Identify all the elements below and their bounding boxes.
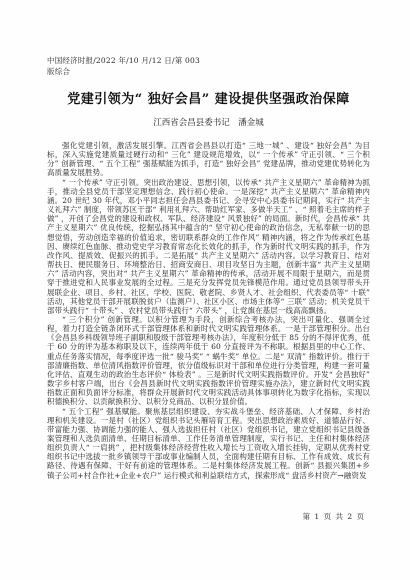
article-paragraph: “ 一个传承” 守正引领。突出政治建设、思想引领，以传承“ 共产主义星期六” 革… bbox=[47, 178, 370, 315]
article-byline: 江西省会昌县委书记 潘金城 bbox=[47, 118, 370, 129]
article-paragraph: 强化党建引领，激活发展引擎。江西省会昌县以打造“ 三地一城” 、建设“ 独好会昌… bbox=[47, 141, 370, 178]
article-body: 强化党建引领，激活发展引擎。江西省会昌县以打造“ 三地一城” 、建设“ 独好会昌… bbox=[47, 141, 370, 480]
publication-info-line: 中国经济时报/2022 年/10 月/12 日/第 003 bbox=[47, 56, 370, 67]
masthead: 中国经济时报/2022 年/10 月/12 日/第 003 版综合 bbox=[47, 56, 370, 77]
section-info-line: 版综合 bbox=[47, 67, 370, 78]
page-number-footer: 第 1 页 共 2 页 bbox=[303, 511, 365, 522]
article-paragraph: “ 三个积分” 创新管理。以积分管理为手段，创新综合考核办法，突出可量化、强调全… bbox=[47, 315, 370, 407]
article-title: 党建引领为“ 独好会昌” 建设提供坚强政治保障 bbox=[47, 92, 370, 108]
article-paragraph: “ 五个工程” 强基赋能。聚焦基层组织建设、夯实战斗堡垒、经济基础、人才保障、乡… bbox=[47, 407, 370, 480]
document-page: 中国经济时报/2022 年/10 月/12 日/第 003 版综合 党建引领为“… bbox=[0, 0, 410, 580]
